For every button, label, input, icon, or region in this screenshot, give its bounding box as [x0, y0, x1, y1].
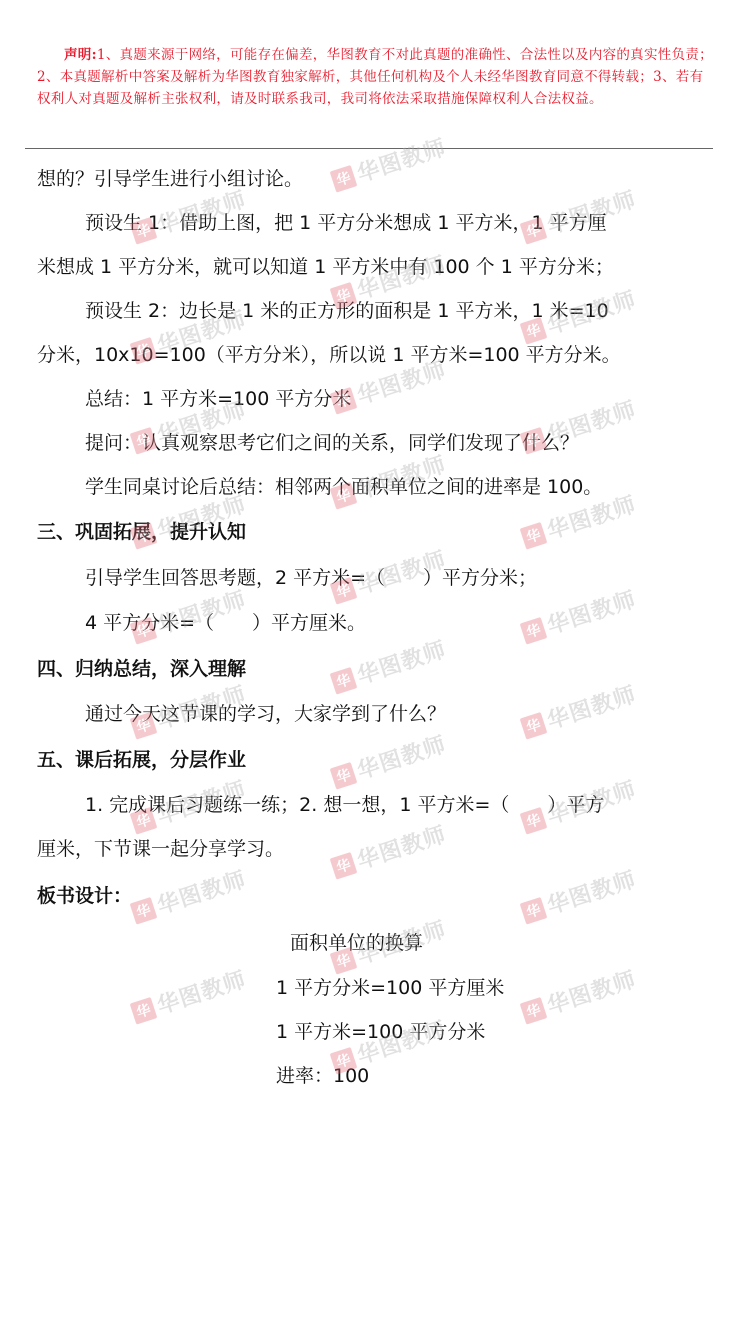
watermark-logo-icon: 华	[329, 851, 357, 879]
watermark-logo-icon: 华	[519, 996, 547, 1024]
paragraph-line: 1. 完成课后习题练一练；2. 想一想，1 平方米=（ ）平方	[85, 790, 604, 817]
section-heading: 三、巩固拓展，提升认知	[37, 517, 246, 544]
disclaimer-text: 1、真题来源于网络，可能存在偏差，华图教育不对此真题的准确性、合法性以及内容的真…	[37, 47, 713, 107]
paragraph-line: 分米，10x10=100（平方分米），所以说 1 平方米=100 平方分米。	[37, 340, 621, 367]
paragraph-line: 米想成 1 平方分米，就可以知道 1 平方米中有 100 个 1 平方分米；	[37, 252, 614, 279]
watermark-logo-icon: 华	[329, 761, 357, 789]
watermark-logo-icon: 华	[129, 996, 157, 1024]
watermark-logo-icon: 华	[519, 616, 547, 644]
board-item: 进率：100	[276, 1061, 369, 1088]
watermark: 华华图教师	[128, 963, 250, 1029]
disclaimer: 声明:1、真题来源于网络，可能存在偏差，华图教育不对此真题的准确性、合法性以及内…	[37, 44, 713, 110]
section-heading: 板书设计：	[37, 881, 132, 908]
paragraph-line: 4 平方分米=（ ）平方厘米。	[85, 608, 366, 635]
watermark-logo-icon: 华	[519, 896, 547, 924]
board-item: 1 平方米=100 平方分米	[276, 1017, 485, 1044]
watermark: 华华图教师	[328, 633, 450, 699]
section-heading: 四、归纳总结，深入理解	[37, 654, 246, 681]
paragraph-line: 学生同桌讨论后总结：相邻两个面积单位之间的进率是 100。	[85, 472, 602, 499]
watermark-logo-icon: 华	[519, 521, 547, 549]
paragraph-line: 想的？引导学生进行小组讨论。	[37, 164, 303, 191]
watermark: 华华图教师	[328, 818, 450, 884]
watermark: 华华图教师	[518, 963, 640, 1029]
watermark-logo-icon: 华	[129, 896, 157, 924]
watermark: 华华图教师	[328, 728, 450, 794]
watermark: 华华图教师	[518, 678, 640, 744]
paragraph-line: 引导学生回答思考题，2 平方米=（ ）平方分米；	[85, 563, 537, 590]
paragraph-line: 总结：1 平方米=100 平方分米	[85, 384, 351, 411]
paragraph-line: 提问：认真观察思考它们之间的关系，同学们发现了什么？	[85, 428, 579, 455]
section-heading: 五、课后拓展，分层作业	[37, 745, 246, 772]
board-title: 面积单位的换算	[290, 928, 423, 955]
watermark: 华华图教师	[518, 583, 640, 649]
board-item: 1 平方分米=100 平方厘米	[276, 973, 504, 1000]
disclaimer-label: 声明:	[64, 47, 97, 63]
watermark: 华华图教师	[328, 131, 450, 197]
watermark: 华华图教师	[518, 863, 640, 929]
paragraph-line: 预设生 2：边长是 1 米的正方形的面积是 1 平方米，1 米=10	[85, 296, 609, 323]
watermark-logo-icon: 华	[519, 711, 547, 739]
paragraph-line: 通过今天这节课的学习，大家学到了什么？	[85, 699, 446, 726]
paragraph-line: 预设生 1：借助上图，把 1 平方分米想成 1 平方米，1 平方厘	[85, 208, 607, 235]
divider	[25, 148, 713, 149]
paragraph-line: 厘米，下节课一起分享学习。	[37, 834, 284, 861]
watermark: 华华图教师	[128, 863, 250, 929]
watermark-logo-icon: 华	[329, 666, 357, 694]
watermark-logo-icon: 华	[329, 164, 357, 192]
